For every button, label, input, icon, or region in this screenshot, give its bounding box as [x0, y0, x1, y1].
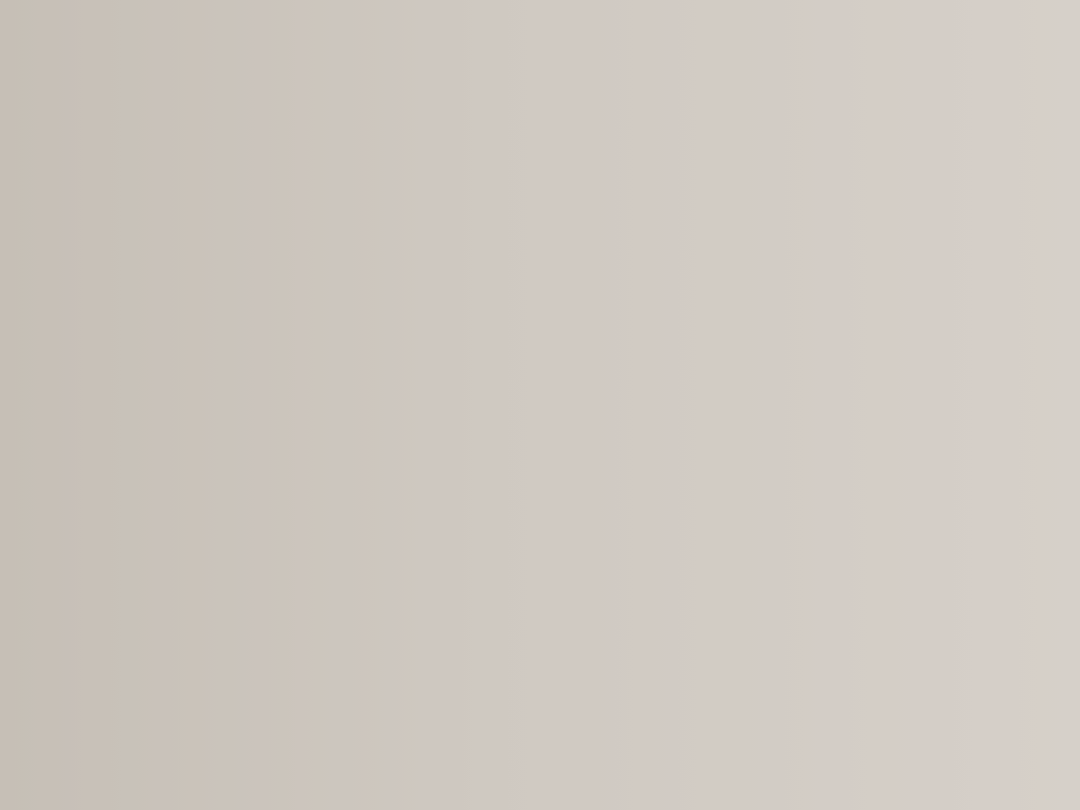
- book-page-photo: [0, 0, 1080, 810]
- top-section: [0, 0, 1080, 395]
- bottom-section: [0, 395, 1080, 810]
